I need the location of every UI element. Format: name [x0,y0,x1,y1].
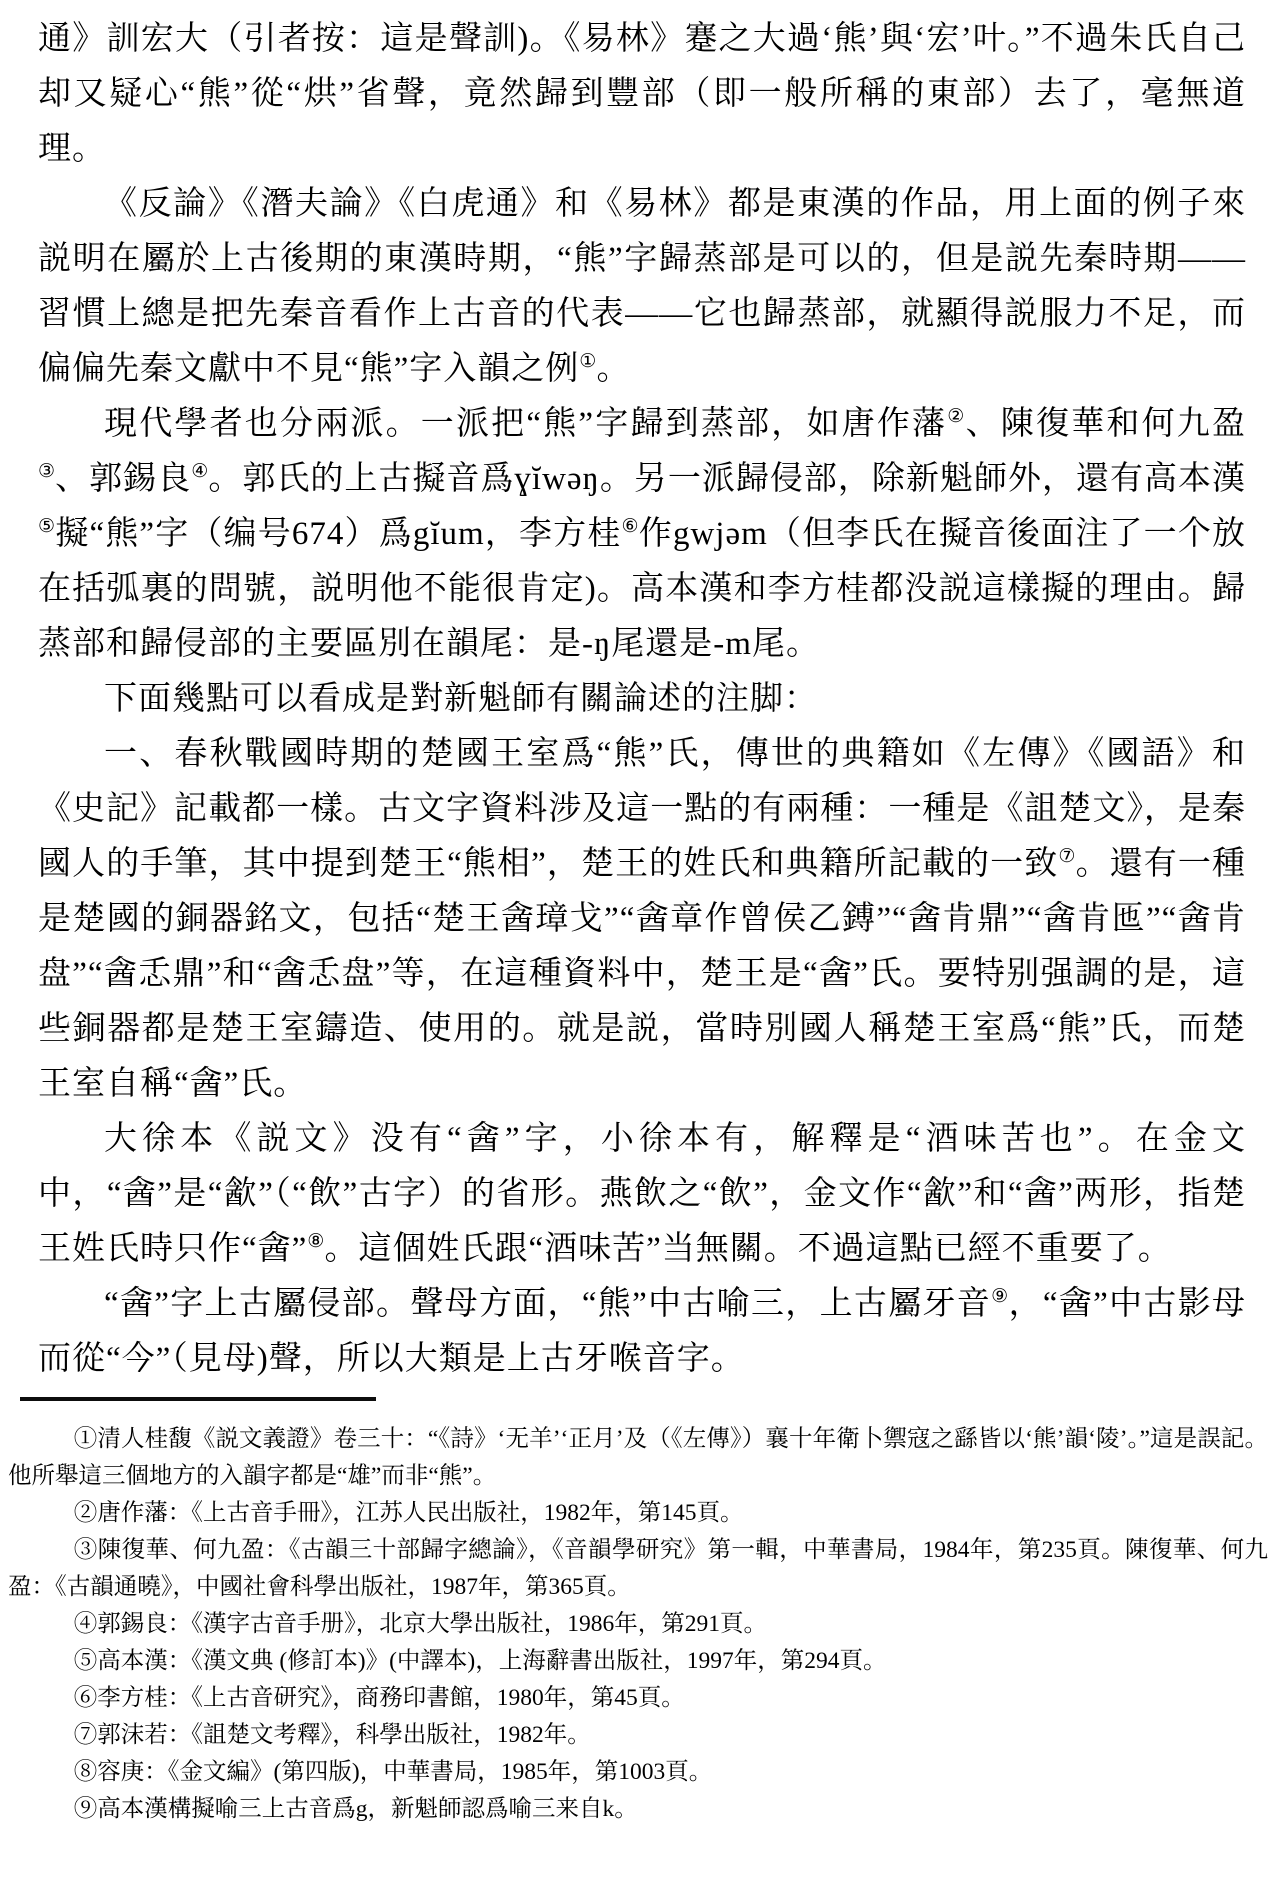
footnote-ref: ⑦ [1058,846,1075,867]
body-paragraph: 下面幾點可以看成是對新魁師有關論述的注脚： [38,672,1246,727]
footnote-item: ⑥李方桂：《上古音研究》，商務印書館，1980年，第45頁。 [8,1680,1268,1717]
footnote-ref: ⑨ [991,1286,1008,1307]
footnote-separator [20,1397,376,1401]
footnote-item: ④郭錫良：《漢字古音手册》，北京大學出版社，1986年，第291頁。 [8,1606,1268,1643]
footnote-ref: ④ [191,461,208,482]
footnote-ref: ⑥ [621,516,638,537]
body-paragraph: 現代學者也分兩派。一派把“熊”字歸到蒸部，如唐作藩②、陳復華和何九盈③、郭錫良④… [38,397,1246,672]
footnote-ref: ② [947,406,965,427]
footnote-ref: ⑤ [38,516,55,537]
body-paragraph: 大徐本《説文》没有“酓”字，小徐本有，解釋是“酒味苦也”。在金文中，“酓”是“㱃… [38,1112,1246,1277]
footnote-item: ⑨高本漢構擬喻三上古音爲g，新魁師認爲喻三来自k。 [8,1791,1268,1828]
footnote-item: ③陳復華、何九盈：《古韻三十部歸字總論》，《音韻學研究》第一輯，中華書局，198… [8,1532,1268,1606]
footnote-ref: ③ [38,461,55,482]
footnote-item: ①清人桂馥《説文義證》卷三十：“《詩》‘无羊’‘正月’及（《左傳》）襄十年衛卜禦… [8,1421,1268,1495]
footnotes-section: ①清人桂馥《説文義證》卷三十：“《詩》‘无羊’‘正月’及（《左傳》）襄十年衛卜禦… [0,1421,1280,1828]
body-paragraph: 通》訓宏大（引者按：這是聲訓)。《易林》蹇之大過‘熊’與‘宏’叶。”不過朱氏自己… [38,12,1246,177]
footnote-item: ⑦郭沫若：《詛楚文考釋》，科學出版社，1982年。 [8,1717,1268,1754]
document-body: 通》訓宏大（引者按：這是聲訓)。《易林》蹇之大過‘熊’與‘宏’叶。”不過朱氏自己… [0,12,1280,1387]
footnote-item: ⑧容庚：《金文編》(第四版)，中華書局，1985年，第1003頁。 [8,1754,1268,1791]
footnote-ref: ① [579,351,596,372]
document-page: 通》訓宏大（引者按：這是聲訓)。《易林》蹇之大過‘熊’與‘宏’叶。”不過朱氏自己… [0,0,1280,1885]
body-paragraph: 一、春秋戰國時期的楚國王室爲“熊”氏，傳世的典籍如《左傳》《國語》和《史記》記載… [38,727,1246,1112]
footnote-ref: ⑧ [307,1231,324,1252]
footnote-item: ⑤高本漢：《漢文典 (修訂本)》(中譯本)，上海辭書出版社，1997年，第294… [8,1643,1268,1680]
footnote-item: ②唐作藩：《上古音手冊》，江苏人民出版社，1982年，第145頁。 [8,1495,1268,1532]
body-paragraph: “酓”字上古屬侵部。聲母方面，“熊”中古喻三，上古屬牙音⑨，“酓”中古影母而從“… [38,1277,1246,1387]
body-paragraph: 《反論》《潛夫論》《白虎通》和《易林》都是東漢的作品，用上面的例子來説明在屬於上… [38,177,1246,397]
